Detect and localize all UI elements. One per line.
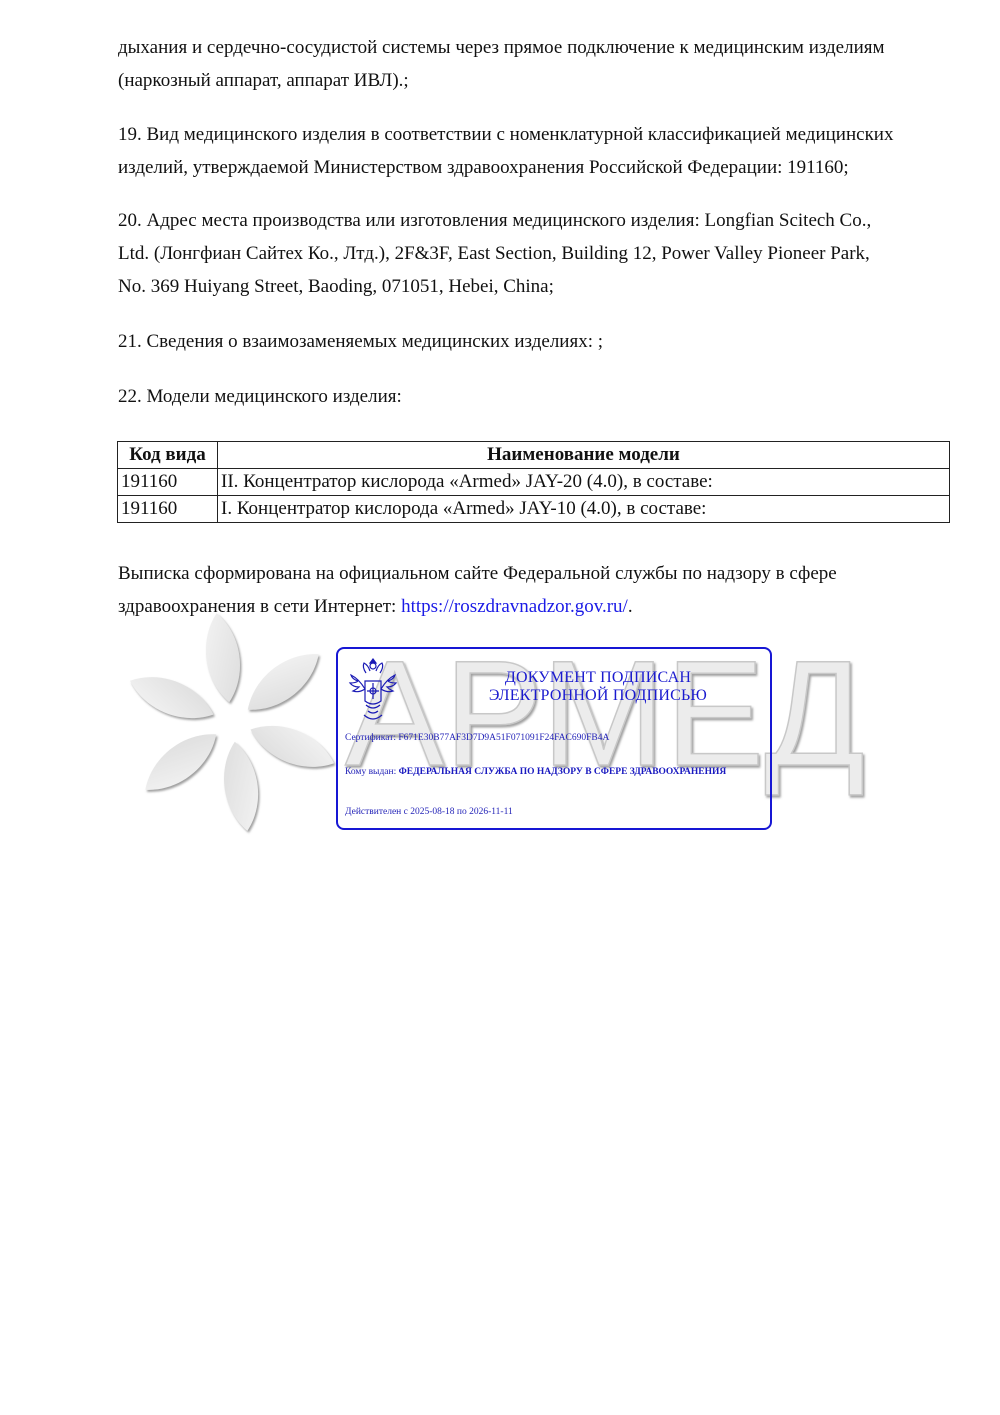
text-punctuation: .	[628, 596, 633, 617]
issued-to-label: Кому выдан:	[345, 767, 399, 777]
paragraph-21-interchangeable: 21. Сведения о взаимозаменяемых медицинс…	[118, 325, 958, 358]
table-row: 191160 I. Концентратор кислорода «Armed»…	[118, 496, 950, 523]
certificate-line: Сертификат: F671E30B77AF3D7D9A51F071091F…	[345, 733, 609, 743]
cell-model-name: II. Концентратор кислорода «Armed» JAY-2…	[218, 469, 950, 496]
text-line: (наркозный аппарат, аппарат ИВЛ).;	[118, 70, 409, 91]
cell-code: 191160	[118, 469, 218, 496]
paragraph-22-models: 22. Модели медицинского изделия:	[118, 380, 958, 413]
text-line: изделий, утверждаемой Министерством здра…	[118, 157, 849, 178]
text-line: здравоохранения в сети Интернет:	[118, 596, 401, 617]
text-line: No. 369 Huiyang Street, Baoding, 071051,…	[118, 276, 554, 297]
paragraph-20-production-address: 20. Адрес места производства или изготов…	[118, 204, 958, 303]
stamp-title: ДОКУМЕНТ ПОДПИСАН ЭЛЕКТРОННОЙ ПОДПИСЬЮ	[478, 669, 718, 705]
header-code: Код вида	[118, 442, 218, 469]
certificate-label: Сертификат:	[345, 733, 398, 743]
stamp-title-line: ЭЛЕКТРОННОЙ ПОДПИСЬЮ	[489, 687, 707, 704]
paragraph-19-device-type: 19. Вид медицинского изделия в соответст…	[118, 118, 958, 184]
certificate-value: F671E30B77AF3D7D9A51F071091F24FAC690FB4A	[398, 733, 609, 743]
cell-model-name: I. Концентратор кислорода «Armed» JAY-10…	[218, 496, 950, 523]
issued-to-value: ФЕДЕРАЛЬНАЯ СЛУЖБА ПО НАДЗОРУ В СФЕРЕ ЗД…	[399, 767, 727, 777]
cell-code: 191160	[118, 496, 218, 523]
text-line: Ltd. (Лонгфиан Сайтех Ко., Лтд.), 2F&3F,…	[118, 243, 870, 264]
table-header-row: Код вида Наименование модели	[118, 442, 950, 469]
stamp-title-line: ДОКУМЕНТ ПОДПИСАН	[505, 669, 691, 686]
flower-logo-icon	[124, 611, 340, 833]
text-line: дыхания и сердечно-сосудистой системы че…	[118, 37, 885, 58]
extract-footer-note: Выписка сформирована на официальном сайт…	[118, 557, 958, 623]
text-line: 20. Адрес места производства или изготов…	[118, 210, 871, 231]
header-model-name: Наименование модели	[218, 442, 950, 469]
models-table: Код вида Наименование модели 191160 II. …	[117, 441, 950, 523]
roszdravnadzor-link[interactable]: https://roszdravnadzor.gov.ru/	[401, 596, 628, 617]
electronic-signature-stamp: ДОКУМЕНТ ПОДПИСАН ЭЛЕКТРОННОЙ ПОДПИСЬЮ С…	[336, 647, 772, 830]
issued-to-line: Кому выдан: ФЕДЕРАЛЬНАЯ СЛУЖБА ПО НАДЗОР…	[345, 767, 726, 777]
text-line: 19. Вид медицинского изделия в соответст…	[118, 124, 893, 145]
table-row: 191160 II. Концентратор кислорода «Armed…	[118, 469, 950, 496]
text-line: Выписка сформирована на официальном сайт…	[118, 563, 837, 584]
paragraph-continuation: дыхания и сердечно-сосудистой системы че…	[118, 31, 958, 97]
russian-coat-of-arms-icon	[348, 655, 398, 727]
validity-line: Действителен с 2025-08-18 по 2026-11-11	[345, 807, 513, 817]
